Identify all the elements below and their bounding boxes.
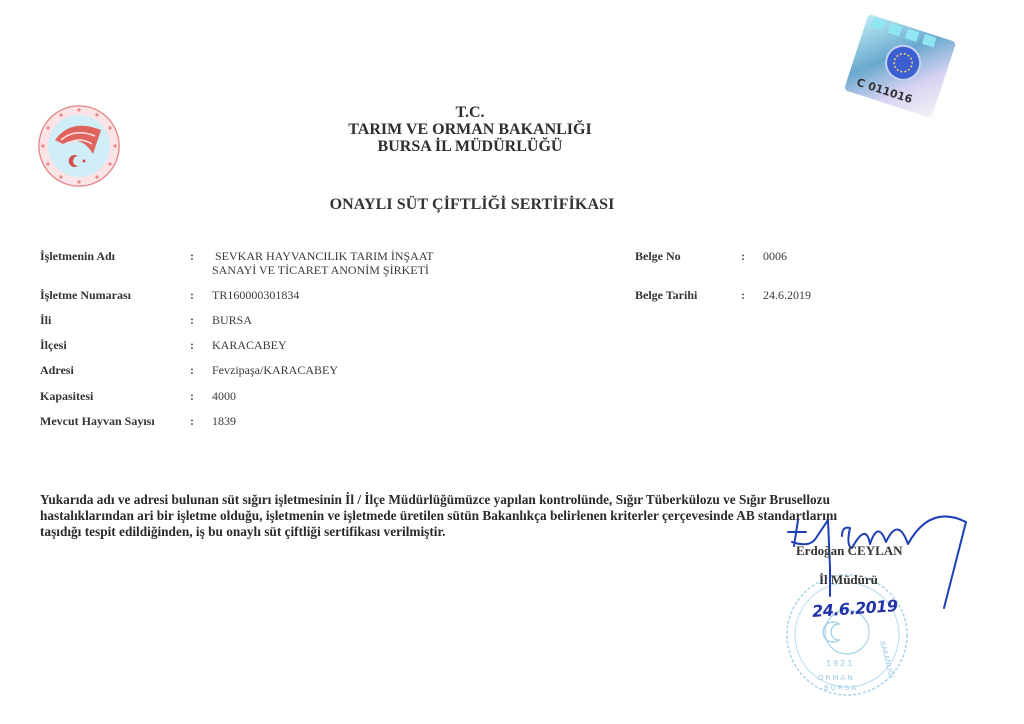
field-separator: :: [190, 414, 194, 428]
header-line-ministry: TARIM VE ORMAN BAKANLIĞI: [0, 121, 940, 138]
field-separator: :: [190, 288, 194, 302]
field-value: BURSA: [212, 313, 252, 327]
field-value: 24.6.2019: [763, 288, 811, 302]
field-label: İli: [40, 313, 51, 327]
field-separator: :: [190, 389, 194, 403]
svg-text:BURSA: BURSA: [824, 684, 858, 692]
signatory-name: Erdoğan CEYLAN: [796, 543, 903, 559]
field-value: 1839: [212, 414, 236, 428]
field-label: İşletme Numarası: [40, 288, 131, 302]
field-value: 0006: [763, 249, 787, 263]
field-separator: :: [190, 313, 194, 327]
field-label: İlçesi: [40, 338, 67, 352]
field-value: Fevzipaşa/KARACABEY: [212, 363, 338, 377]
field-value-line2: SANAYİ VE TİCARET ANONİM ŞİRKETİ: [212, 263, 429, 277]
svg-text:1921: 1921: [826, 659, 854, 668]
field-label: Mevcut Hayvan Sayısı: [40, 414, 155, 428]
signatory-title: İl Müdürü: [819, 572, 878, 588]
field-label: İşletmenin Adı: [40, 249, 115, 263]
document-header: T.C. TARIM VE ORMAN BAKANLIĞI BURSA İL M…: [0, 104, 940, 155]
field-value: TR160000301834: [212, 288, 299, 302]
field-value: KARACABEY: [212, 338, 287, 352]
svg-text:BAKANLIĞI: BAKANLIĞI: [878, 640, 896, 679]
certificate-title: ONAYLI SÜT ÇİFTLİĞİ SERTİFİKASI: [0, 196, 944, 214]
field-label: Adresi: [40, 363, 74, 377]
field-label: Belge No: [635, 249, 681, 263]
field-separator: :: [741, 249, 745, 263]
field-separator: :: [741, 288, 745, 302]
field-value: SEVKAR HAYVANCILIK TARIM İNŞAAT: [215, 249, 434, 263]
svg-text:ORMAN: ORMAN: [818, 674, 854, 682]
field-value: 4000: [212, 389, 236, 403]
field-separator: :: [190, 338, 194, 352]
field-separator: :: [190, 363, 194, 377]
header-line-directorate: BURSA İL MÜDÜRLÜĞÜ: [0, 138, 940, 155]
field-separator: :: [190, 249, 194, 263]
header-line-tc: T.C.: [0, 104, 940, 121]
field-label: Belge Tarihi: [635, 288, 697, 302]
field-label: Kapasitesi: [40, 389, 93, 403]
